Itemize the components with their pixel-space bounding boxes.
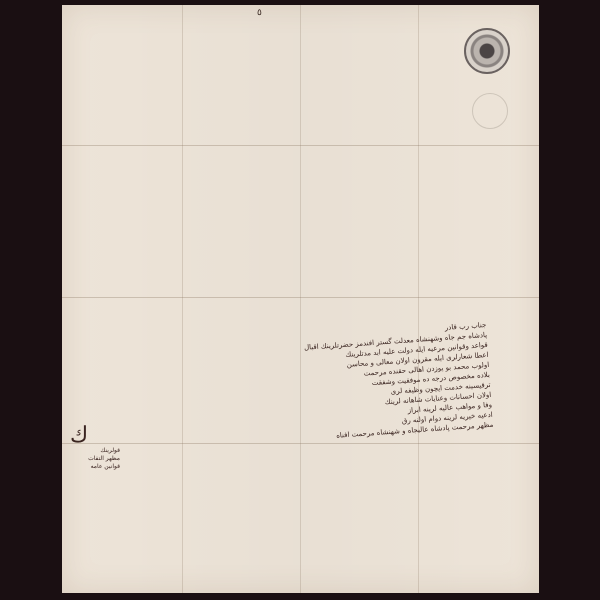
signature-line: قولرینك — [70, 447, 120, 455]
fold-line — [300, 5, 301, 593]
signature-block: ك قولرینك مظهر التفات قوانین عامه — [70, 425, 120, 471]
page-mark: ٥ — [257, 8, 262, 18]
faint-seal-icon — [472, 93, 508, 129]
signature-mark: ك — [70, 425, 120, 447]
signature-line: قوانین عامه — [70, 463, 120, 471]
document-paper — [62, 5, 539, 593]
ottoman-seal-icon — [464, 28, 510, 74]
signature-line: مظهر التفات — [70, 455, 120, 463]
fold-line — [418, 5, 419, 593]
fold-line — [182, 5, 183, 593]
